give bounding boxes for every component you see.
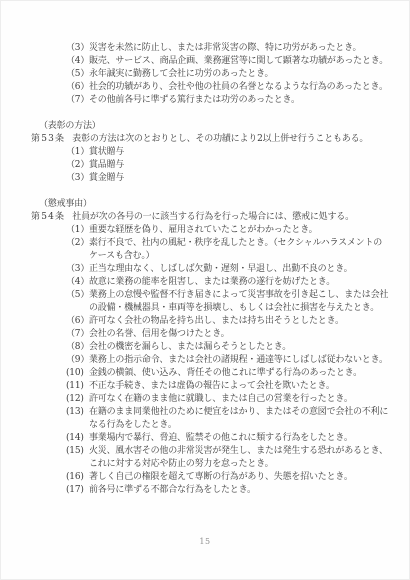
list-item: （2）賞品贈与	[66, 159, 395, 172]
item-number: (10)	[66, 367, 89, 380]
list-item: (11)不正な手続き、または虚偽の報告によって会社を欺いたとき。	[66, 380, 395, 393]
item-text: 賞状贈与	[89, 147, 124, 157]
section-heading: （表彰の方法）	[31, 120, 395, 133]
item-number: （1）	[66, 146, 89, 159]
item-number: (11)	[66, 380, 89, 393]
item-number: (16)	[66, 471, 89, 484]
item-number: （1）	[66, 224, 89, 237]
item-number: （3）	[66, 42, 89, 55]
item-text: 社会的功績があり、会社や他の社員の名誉となるような行為のあったとき。	[89, 82, 388, 92]
list-item: （4）販売、サービス、商品企画、業務運営等に関して顕著な功績があったとき。	[66, 55, 395, 68]
section-heading: （懲戒事由）	[31, 198, 395, 211]
item-text: 金銭の横領、使い込み、背任その他これに準ずる行為のあったとき。	[89, 368, 362, 378]
item-list: （3）災害を未然に防止し、または非常災害の際、特に功労があったとき。（4）販売、…	[66, 42, 395, 107]
item-text: 許可なく会社の物品を持ち出し、または持ち出そうとしたとき。	[89, 316, 344, 326]
item-text: 会社の機密を漏らし、または漏らそうとしたとき。	[89, 342, 291, 352]
item-text: その他前各号に準ずる篤行または功労のあったとき。	[89, 95, 300, 105]
list-item: (15)火災、風水害その他の非常災害が発生し、または発生する恐れがあるとき、	[66, 445, 395, 458]
item-text: 前各号に準ずる不都合な行為をしたとき。	[89, 485, 256, 495]
article-text: 社員が次の各号の一に該当する行為を行った場合には、懲戒に処する。	[72, 212, 354, 222]
article-line: 第54条社員が次の各号の一に該当する行為を行った場合には、懲戒に処する。	[31, 211, 395, 224]
item-text: 永年誠実に勤務して会社に功労のあったとき。	[89, 69, 273, 79]
item-number: （7）	[66, 94, 89, 107]
article-number: 第53条	[31, 134, 65, 144]
item-list: （1）重要な経歴を偽り、雇用されていたことがわかったとき。（2）素行不良で、社内…	[66, 224, 395, 497]
item-text-continuation: の設備・機械器具・車両等を損壊し、もしくは会社に損害を与えたとき。	[66, 302, 395, 315]
item-number: （7）	[66, 328, 89, 341]
document-section: （懲戒事由）第54条社員が次の各号の一に該当する行為を行った場合には、懲戒に処す…	[31, 198, 395, 497]
item-text: 賞品贈与	[89, 160, 124, 170]
list-item: （4）故意に業務の能率を阻害し、または業務の遂行を妨げたとき。	[66, 276, 395, 289]
item-number: （3）	[66, 263, 89, 276]
item-text-continuation: これに対する対応や防止の努力を怠ったとき。	[66, 458, 395, 471]
item-number: （8）	[66, 341, 89, 354]
page-number: 15	[1, 537, 409, 546]
item-text: 在籍のまま同業他社のために便宜をはかり、またはその意図で会社の不利に	[89, 407, 388, 417]
list-item: （7）その他前各号に準ずる篤行または功労のあったとき。	[66, 94, 395, 107]
list-item: （5）業務上の怠慢や監督不行き届きによって災害事故を引き起こし、または会社	[66, 289, 395, 302]
list-item: （7）会社の名誉、信用を傷つけたとき。	[66, 328, 395, 341]
document-page: （3）災害を未然に防止し、または非常災害の際、特に功労があったとき。（4）販売、…	[0, 0, 410, 580]
item-text: 火災、風水害その他の非常災害が発生し、または発生する恐れがあるとき、	[89, 446, 388, 456]
item-text: 不正な手続き、または虚偽の報告によって会社を欺いたとき。	[89, 381, 335, 391]
item-number: (17)	[66, 484, 89, 497]
item-text: 販売、サービス、商品企画、業務運営等に関して顕著な功績があったとき。	[89, 56, 388, 66]
item-number: （2）	[66, 159, 89, 172]
list-item: （6）許可なく会社の物品を持ち出し、または持ち出そうとしたとき。	[66, 315, 395, 328]
list-item: （3）災害を未然に防止し、または非常災害の際、特に功労があったとき。	[66, 42, 395, 55]
item-number: (13)	[66, 406, 89, 419]
item-number: （5）	[66, 68, 89, 81]
item-text: 著しく自己の権限を超えて専断の行為があり、失態を招いたとき。	[89, 472, 353, 482]
item-text: 正当な理由なく、しばしば欠勤・遅刻・早退し、出勤不良のとき。	[89, 264, 352, 274]
list-item: （9）業務上の指示命令、または会社の諸規程・通達等にしばしば従わないとき。	[66, 354, 395, 367]
list-item: （5）永年誠実に勤務して会社に功労のあったとき。	[66, 68, 395, 81]
list-item: （2）素行不良で、社内の風紀・秩序を乱したとき。（セクシャルハラスメントの	[66, 237, 395, 250]
item-number: （6）	[66, 315, 89, 328]
list-item: （1）賞状贈与	[66, 146, 395, 159]
item-text: 会社の名誉、信用を傷つけたとき。	[89, 329, 229, 339]
item-text: 賞金贈与	[89, 173, 124, 183]
item-text: 故意に業務の能率を阻害し、または業務の遂行を妨げたとき。	[89, 277, 335, 287]
item-text-continuation: ケースも含む。）	[66, 250, 395, 263]
list-item: (14)事業場内で暴行、脅迫、監禁その他これに類する行為をしたとき。	[66, 432, 395, 445]
list-item: (10)金銭の横領、使い込み、背任その他これに準ずる行為のあったとき。	[66, 367, 395, 380]
article-number: 第54条	[31, 212, 65, 222]
item-text-continuation: なる行為をしたとき。	[66, 419, 395, 432]
list-item: (17)前各号に準ずる不都合な行為をしたとき。	[66, 484, 395, 497]
item-text: 業務上の怠慢や監督不行き届きによって災害事故を引き起こし、または会社	[89, 290, 388, 300]
document-body: （3）災害を未然に防止し、または非常災害の際、特に功労があったとき。（4）販売、…	[31, 42, 395, 497]
list-item: （3）賞金贈与	[66, 172, 395, 185]
item-list: （1）賞状贈与（2）賞品贈与（3）賞金贈与	[66, 146, 395, 185]
item-text: 業務上の指示命令、または会社の諸規程・通達等にしばしば従わないとき。	[89, 355, 388, 365]
item-number: （5）	[66, 289, 89, 302]
article-line: 第53条表彰の方法は次のとおりとし、その功績により2以上併せ行うこともある。	[31, 133, 395, 146]
item-text: 素行不良で、社内の風紀・秩序を乱したとき。（セクシャルハラスメントの	[89, 238, 382, 248]
list-item: （3）正当な理由なく、しばしば欠勤・遅刻・早退し、出勤不良のとき。	[66, 263, 395, 276]
item-number: （2）	[66, 237, 89, 250]
list-item: （6）社会的功績があり、会社や他の社員の名誉となるような行為のあったとき。	[66, 81, 395, 94]
document-section: （表彰の方法）第53条表彰の方法は次のとおりとし、その功績により2以上併せ行うこ…	[31, 120, 395, 185]
list-item: （8）会社の機密を漏らし、または漏らそうとしたとき。	[66, 341, 395, 354]
list-item: (12)許可なく在籍のまま他に就職し、または自己の営業を行ったとき。	[66, 393, 395, 406]
item-text: 事業場内で暴行、脅迫、監禁その他これに類する行為をしたとき。	[89, 433, 353, 443]
item-number: （3）	[66, 172, 89, 185]
document-section: （3）災害を未然に防止し、または非常災害の際、特に功労があったとき。（4）販売、…	[31, 42, 395, 107]
item-number: （4）	[66, 55, 89, 68]
item-number: （4）	[66, 276, 89, 289]
list-item: （1）重要な経歴を偽り、雇用されていたことがわかったとき。	[66, 224, 395, 237]
list-item: (13)在籍のまま同業他社のために便宜をはかり、またはその意図で会社の不利に	[66, 406, 395, 419]
item-text: 重要な経歴を偽り、雇用されていたことがわかったとき。	[89, 225, 317, 235]
item-text: 許可なく在籍のまま他に就職し、または自己の営業を行ったとき。	[89, 394, 353, 404]
item-number: (14)	[66, 432, 89, 445]
article-text: 表彰の方法は次のとおりとし、その功績により2以上併せ行うこともある。	[72, 134, 368, 144]
item-number: (12)	[66, 393, 89, 406]
item-number: （6）	[66, 81, 89, 94]
list-item: (16)著しく自己の権限を超えて専断の行為があり、失態を招いたとき。	[66, 471, 395, 484]
item-text: 災害を未然に防止し、または非常災害の際、特に功労があったとき。	[89, 43, 361, 53]
item-number: （9）	[66, 354, 89, 367]
item-number: (15)	[66, 445, 89, 458]
